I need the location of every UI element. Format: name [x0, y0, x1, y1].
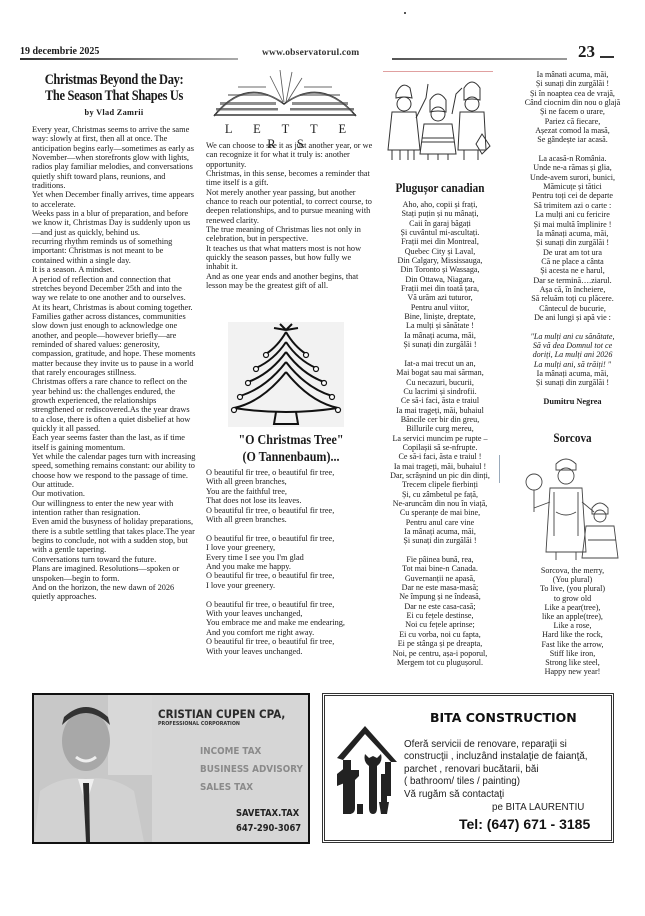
poem-line: Pentru anul care vine [370, 518, 510, 527]
ad-line: ( bathroom/ tiles / painting) [404, 776, 588, 788]
poem-line: Băncile cer bir din greu, [370, 415, 510, 424]
poem-author: Dumitru Negrea [500, 397, 645, 406]
lyric-line: O beautiful fir tree, o beautiful fir tr… [206, 637, 381, 646]
open-book-of-words-icon [206, 66, 364, 122]
article-paragraph: It teaches us that what matters most is … [206, 244, 376, 272]
poem-line: Dar ne este masa-masă; [370, 583, 510, 592]
poem-line: Billurile curg mereu, [370, 424, 510, 433]
poem-line: Ei pe stânga și pe dreapta, [370, 639, 510, 648]
poem-line: Strong like steel, [500, 658, 645, 667]
column-accent-line [499, 455, 500, 483]
poem-line: (You plural) [500, 575, 645, 584]
ad-line: Vă rugăm să contactaţi [404, 789, 588, 801]
lyric-line: With your leaves unchanged, [206, 609, 381, 618]
bita-phone[interactable]: Tel: (647) 671 - 3185 [459, 816, 590, 832]
poem-line: Când ciocnim din nou o glajă [500, 98, 645, 107]
article-paragraph: And as one year ends and another begins,… [206, 272, 376, 291]
lyric-line: That does not lose its leaves. [206, 496, 381, 505]
ad-line: construcţii , incluzând instalaţie de fa… [404, 751, 588, 763]
o-christmas-tree-lyrics: O beautiful fir tree, o beautiful fir tr… [206, 468, 381, 665]
poem-line: Guvernanții ne apasă, [370, 574, 510, 583]
poem-line: Bine, liniște, dreptate, [370, 312, 510, 321]
poem-line: Ia mânați acuma, măi, [500, 369, 645, 378]
poem-line: Noi, pe centru, așa-i poporul, [370, 649, 510, 658]
house-tools-icon [335, 718, 401, 818]
poem-line: Din Ottawa, Niagara, [370, 275, 510, 284]
article-body: Every year, Christmas seems to arrive th… [32, 125, 196, 602]
plugusor-continuation: Ia mânati acuma, măi, Și sunați din zurg… [500, 70, 645, 406]
poem-line: Și sunați din zurgălăi ! [500, 79, 645, 88]
poem-line: Cântecul de bucurie, [500, 304, 645, 313]
article-paragraph: Families gather across distances, commun… [32, 312, 196, 377]
poem-line: Hard like the rock, [500, 630, 645, 639]
article-paragraph: Our attitude. [32, 480, 196, 489]
article-paragraph: Even amid the busyness of holiday prepar… [32, 517, 196, 554]
poem-line: De ani lungi și apă vie : [500, 313, 645, 322]
poem-line: like an apple(tree), [500, 612, 645, 621]
poem-line: Ia mai trageți, măi, buhaiul ! [370, 462, 510, 471]
poem-line: Ne împung și ne îndeasă, [370, 592, 510, 601]
lyric-line: I love your greenery, [206, 543, 381, 552]
portrait-photo-icon [34, 695, 152, 842]
poem-line: Pariez că fiecare, [500, 117, 645, 126]
poem-line: Sorcova, the merry, [500, 566, 645, 575]
poem-line: Ei cu fețele destinse, [370, 611, 510, 620]
poem-stanza: Iat-a mai trecut un an, Mai bogat sau ma… [370, 359, 510, 546]
poem-line: Și sunați din zurgălăi ! [500, 378, 645, 387]
song-title-line-2: (O Tannenbaum)... [218, 449, 364, 466]
poem-line: Happy new year! [500, 667, 645, 676]
poem-line: Ce să-i faci, ăsta e traiul [370, 396, 510, 405]
ad-bita-construction[interactable]: BITA CONSTRUCTION Oferă servicii de reno… [322, 693, 614, 843]
song-title-line-1: "O Christmas Tree" [218, 432, 364, 449]
poem-line: Ei cu vorba, noi cu fapta, [370, 630, 510, 639]
poem-line: Dar se termină….ziarul. [500, 276, 645, 285]
header-rule-left [20, 58, 238, 60]
column-rule [383, 71, 493, 72]
poem-line: Mămicuțe și tătici [500, 182, 645, 191]
poem-line: Ia mânati acuma, măi, [500, 70, 645, 79]
poem-line: Tot mai bine-n Canada. [370, 564, 510, 573]
poem-line: Și, cu zâmbetul pe față, [370, 490, 510, 499]
cpa-phone[interactable]: 647-290-3067 [236, 823, 301, 834]
lyric-line: You are the faithful tree, [206, 487, 381, 496]
ad-cristian-cupen-cpa[interactable]: CRISTIAN CUPEN CPA, PROFESSIONAL CORPORA… [32, 693, 310, 844]
poem-line: "La mulți ani cu sănătate, [500, 332, 645, 341]
poem-line: Trecem clipele fierbinți [370, 480, 510, 489]
article-byline: by Vlad Zamrii [32, 108, 196, 117]
article-paragraph: Weeks pass in a blur of preparation, and… [32, 209, 196, 237]
lyric-line: O beautiful fir tree, o beautiful fir tr… [206, 571, 381, 580]
poem-line: Caii în garaj băgați [370, 219, 510, 228]
article-paragraph: The true meaning of Christmas lies not o… [206, 225, 376, 244]
ad-line: parchet , renovari bucătarii, băi [404, 764, 588, 776]
bita-title: BITA CONSTRUCTION [430, 710, 577, 725]
poem-line: Se gândește iar acasă. [500, 135, 645, 144]
poem-line: Așezat comod la masă, [500, 126, 645, 135]
poem-line: Să vă dea Domnul tot ce [500, 341, 645, 350]
poem-line: Fast like the arrow, [500, 640, 645, 649]
poem-line: Din Toronto și Wassaga, [370, 265, 510, 274]
plugusor-title: Plugușor canadian [380, 180, 500, 196]
poem-line: La mulți ani, să trăiți! " [500, 360, 645, 369]
article-paragraph: Yet when December finally arrives, time … [32, 190, 196, 209]
poem-line: Like a pear(tree), [500, 603, 645, 612]
article-paragraph: Our willingness to enter the new year wi… [32, 499, 196, 518]
poem-line: Să trimitem azi o carte : [500, 201, 645, 210]
service-business-advisory: BUSINESS ADVISORY [200, 764, 303, 775]
song-stanza: O beautiful fir tree, o beautiful fir tr… [206, 534, 381, 590]
poem-line: Și sunați din zurgălăi ! [370, 536, 510, 545]
lyric-line: And you comfort me right away. [206, 628, 381, 637]
poem-line: Noi cu fețele aprinse; [370, 620, 510, 629]
poem-line: Ia mânați acuma, măi, [370, 331, 510, 340]
closing-greeting: "La mulți ani cu sănătate, Să vă dea Dom… [500, 332, 645, 369]
poem-line: Ia mânați acuma, măi, [370, 527, 510, 536]
article-paragraph: Christmas, in this sense, becomes a remi… [206, 169, 376, 188]
poem-line: Dar, scrâșnind un pic din dinți, [370, 471, 510, 480]
lyric-line: I love your greenery. [206, 581, 381, 590]
article-paragraph: Plans are imagined. Resolutions—spoken o… [32, 564, 196, 583]
poem-line: Ne-aruncăm din nou în viață, [370, 499, 510, 508]
closing-refrain: Ia mânați acuma, măi, Și sunați din zurg… [500, 369, 645, 388]
song-title: "O Christmas Tree" (O Tannenbaum)... [218, 432, 364, 466]
header-rule-right [392, 58, 567, 60]
article-christmas-beyond-the-day: Christmas Beyond the Day: The Season Tha… [32, 72, 196, 602]
poem-line: Să reluăm toți cu plăcere. [500, 294, 645, 303]
poem-line: Și mai multă împlinire ! [500, 220, 645, 229]
article-paragraph: A period of reflection and connection th… [32, 275, 196, 303]
article-title: Christmas Beyond the Day: The Season Tha… [32, 72, 195, 104]
poem-line: to grow old [500, 594, 645, 603]
poem-line: Și acesta ne e harul, [500, 266, 645, 275]
poem-line: Pentru anul viitor, [370, 303, 510, 312]
poem-line: Cu necazuri, bucurii, [370, 378, 510, 387]
print-speck [404, 12, 406, 14]
poem-line: La mulți ani cu fericire [500, 210, 645, 219]
poem-line: De urat am tot ura [500, 248, 645, 257]
poem-line: Din Calgary, Mississauga, [370, 256, 510, 265]
poem-line: Așa că, în încheiere, [500, 285, 645, 294]
bita-description: Oferă servicii de renovare, reparaţii si… [404, 739, 588, 801]
poem-line: La servici muncim pe rupte – [370, 434, 510, 443]
article-paragraph: Christmas offers a rare chance to reflec… [32, 377, 196, 433]
article-paragraph: At its heart, Christmas is about coming … [32, 303, 196, 312]
poem-line: Cu speranțe de mai bine, [370, 508, 510, 517]
poem-line: Stați puțin și nu mânați, [370, 209, 510, 218]
poem-line: Aho, aho, copii și frați, [370, 200, 510, 209]
service-income-tax: INCOME TAX [200, 746, 261, 757]
poem-line: Ia mânați acuma, măi, [500, 229, 645, 238]
carolers-illustration-icon [382, 74, 494, 162]
poem-line: doriți, La mulți ani 2026 [500, 350, 645, 359]
poem-line: Quebec City și Laval, [370, 247, 510, 256]
poem-line: La mulți și sănătate ! [370, 321, 510, 330]
poem-stanza: La acasă-n România. Unde ne-a rămas și g… [500, 154, 645, 322]
poem-line: Iat-a mai trecut un an, [370, 359, 510, 368]
ad-line: Oferă servicii de renovare, reparaţii si [404, 739, 588, 751]
poem-line: Și cuvântul mi-ascultați. [370, 228, 510, 237]
sorcova-title: Sorcova [510, 430, 635, 446]
website-url[interactable]: www.observatorul.com [262, 48, 359, 58]
cpa-name: CRISTIAN CUPEN CPA, [158, 707, 285, 721]
poem-line: Like a rose, [500, 621, 645, 630]
sorcova-children-illustration-icon [520, 452, 630, 562]
article-title-line-2: The Season That Shapes Us [32, 88, 195, 104]
poem-line: Ia mai trageți, măi, buhaiul [370, 406, 510, 415]
song-stanza: O beautiful fir tree, o beautiful fir tr… [206, 468, 381, 524]
article-paragraph: Not merely another year passing, but ano… [206, 188, 376, 225]
issue-date: 19 decembrie 2025 [20, 46, 99, 57]
poem-line: Și sunați din zurgălăi ! [370, 340, 510, 349]
poem-line: Dar ne este casa-casă; [370, 602, 510, 611]
sorcova-poem: Sorcova, the merry, (You plural) To live… [500, 566, 645, 676]
poem-line: Frații mei din toată țara, [370, 284, 510, 293]
lyric-line: O beautiful fir tree, o beautiful fir tr… [206, 600, 381, 609]
poem-line: La acasă-n România. [500, 154, 645, 163]
poem-line: Unde-avem surori, bunici, [500, 173, 645, 182]
article-paragraph: Conversations turn toward the future. [32, 555, 196, 564]
article-paragraph: We can choose to see it as just another … [206, 141, 376, 169]
service-sales-tax: SALES TAX [200, 782, 253, 793]
article-paragraph: Yet while the calendar pages turn with i… [32, 452, 196, 480]
poem-line: Cu lacrimi și sindrofii. [370, 387, 510, 396]
article-paragraph: It is a season. A mindset. [32, 265, 196, 274]
poem-line: Stiff like iron, [500, 649, 645, 658]
poem-line: Frații mei din Montreal, [370, 237, 510, 246]
poem-line: Fie pâinea bună, rea, [370, 555, 510, 564]
article-continuation: We can choose to see it as just another … [206, 141, 376, 291]
article-paragraph: recurring rhythm reminds us of something… [32, 237, 196, 265]
poem-line: Mergem tot cu plugușorul. [370, 658, 510, 667]
song-stanza: O beautiful fir tree, o beautiful fir tr… [206, 600, 381, 656]
plugusor-poem: Aho, aho, copii și frați, Stați puțin și… [370, 200, 510, 677]
poem-line: Că ne place a cânta [500, 257, 645, 266]
poem-line: Copilașii să se-nfrupte. [370, 443, 510, 452]
poem-line: Vă urăm azi tuturor, [370, 293, 510, 302]
lyric-line: With all green branches, [206, 477, 381, 486]
page-number: 23 [578, 42, 595, 62]
poem-stanza: Aho, aho, copii și frați, Stați puțin și… [370, 200, 510, 350]
article-paragraph: Our motivation. [32, 489, 196, 498]
article-paragraph: Each year seems faster than the last, as… [32, 433, 196, 452]
lyric-line: O beautiful fir tree, o beautiful fir tr… [206, 534, 381, 543]
bita-contact-name: pe BITA LAURENTIU [492, 802, 584, 813]
article-title-line-1: Christmas Beyond the Day: [32, 72, 195, 88]
cpa-corporation: PROFESSIONAL CORPORATION [158, 722, 240, 727]
poem-line: To live, (you plural) [500, 584, 645, 593]
lyric-line: You embrace me and make me endearing, [206, 618, 381, 627]
lyric-line: And you make me happy. [206, 562, 381, 571]
poem-line: Și ne facem o urare, [500, 107, 645, 116]
lyric-line: With your leaves unchanged. [206, 647, 381, 656]
poem-line: Mai bogat sau mai sărman, [370, 368, 510, 377]
poem-stanza: Ia mânati acuma, măi, Și sunați din zurg… [500, 70, 645, 145]
christmas-tree-icon [228, 322, 344, 427]
poem-line: Unde ne-a rămas și glia, [500, 163, 645, 172]
page-number-dash [600, 56, 614, 58]
cpa-website[interactable]: SAVETAX.TAX [236, 808, 299, 819]
lyric-line: Every time I see you I'm glad [206, 553, 381, 562]
article-paragraph: And on the horizon, the new dawn of 2026… [32, 583, 196, 602]
poem-line: Pentru toți cei de departe [500, 191, 645, 200]
poem-line: Ce să-i faci, ăsta e traiul ! [370, 452, 510, 461]
poem-line: Și în noaptea cea de vrajă, [500, 89, 645, 98]
lyric-line: O beautiful fir tree, o beautiful fir tr… [206, 506, 381, 515]
article-paragraph: Every year, Christmas seems to arrive th… [32, 125, 196, 190]
lyric-line: O beautiful fir tree, o beautiful fir tr… [206, 468, 381, 477]
lyric-line: With all green branches. [206, 515, 381, 524]
poem-line: Și sunați din zurgălăi ! [500, 238, 645, 247]
poem-stanza: Fie pâinea bună, rea, Tot mai bine-n Can… [370, 555, 510, 667]
